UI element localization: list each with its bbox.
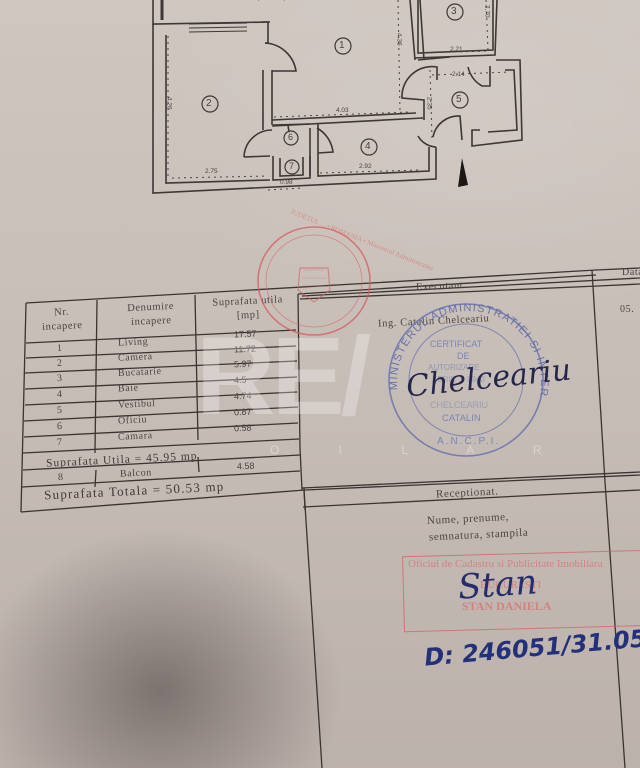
coat-of-arms-icon	[298, 268, 330, 302]
watermark-subtitle: O I L A R	[270, 444, 570, 456]
watermark-logo: RE/	[196, 322, 367, 432]
receptionat-signature: Stan	[457, 565, 538, 604]
